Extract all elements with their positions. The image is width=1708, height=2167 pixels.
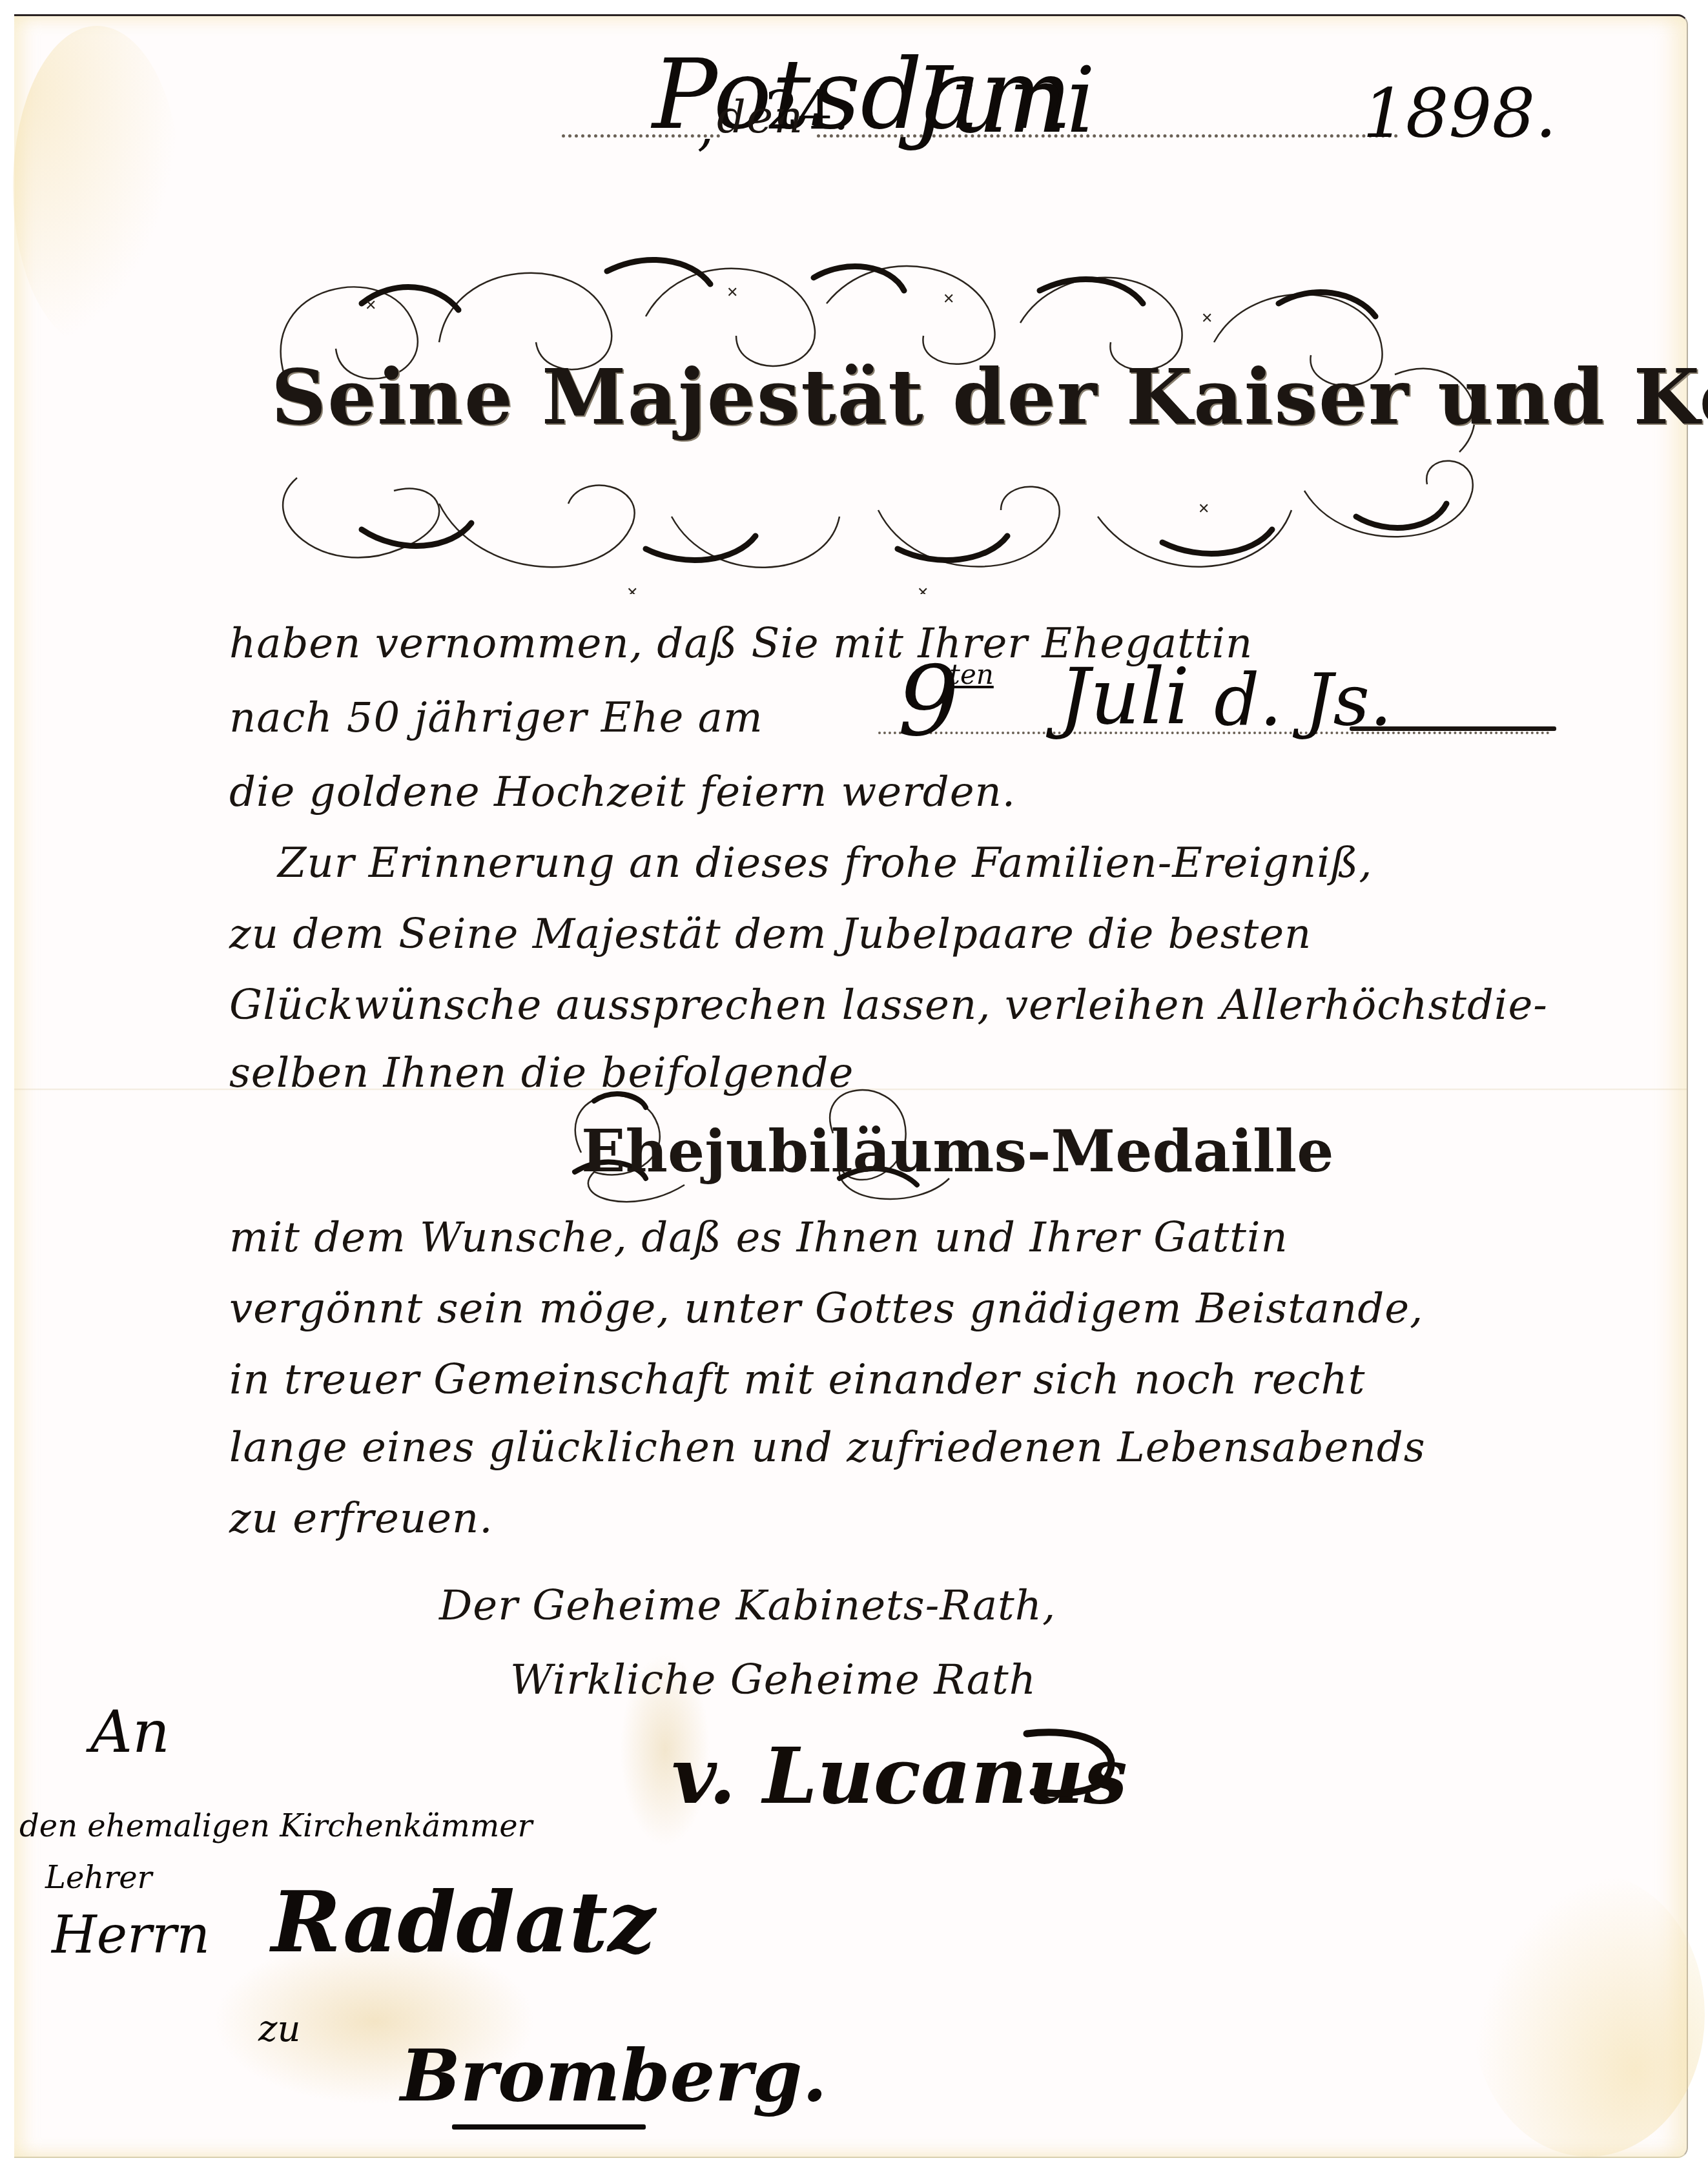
body-line: lange eines glücklichen und zufriedenen … [229,1424,1426,1472]
closing-title-line: Der Geheime Kabinets-Rath, [439,1582,1056,1630]
body-line: nach 50 jähriger Ehe am [229,694,763,742]
medal-heading: Ehejubiläums-Medaille [581,1117,1240,1186]
body-line: Zur Erinnerung an dieses frohe Familien-… [278,839,1373,887]
dateline-separator: , [697,97,714,157]
body-line: zu erfreuen. [229,1495,493,1543]
dateline-month: Juni [914,48,1095,154]
document-title: Seine Majestät der Kaiser und König [271,352,1472,442]
address-line-occupation: den ehemaligen Kirchenkämmer [19,1808,533,1844]
address-prefix: An [90,1698,170,1766]
address-preposition: zu [258,2008,301,2050]
body-line: in treuer Gemeinschaft mit einander sich… [229,1356,1365,1404]
body-line: Glückwünsche aussprechen lassen, verleih… [229,981,1548,1029]
body-line: selben Ihnen die beifolgende [229,1049,854,1097]
dateline-year: 1898. [1363,74,1557,153]
body-line: vergönnt sein möge, unter Gottes gnädige… [229,1285,1423,1333]
anniversary-year-abbrev: d. Js. [1214,659,1392,741]
address-line-title: Lehrer [45,1860,152,1896]
body-line: mit dem Wunsche, daß es Ihnen und Ihrer … [229,1214,1288,1262]
closing-title-line: Wirkliche Geheime Rath [510,1656,1036,1704]
city-underline [452,2124,646,2130]
dateline-day: 24. [765,81,849,142]
recipient-name: Raddatz [271,1873,655,1971]
anniversary-month: Juli [1059,652,1189,742]
signature: v. Lucanus [672,1731,1127,1822]
address-salutation: Herrn [52,1905,210,1965]
recipient-city: Bromberg. [400,2034,827,2117]
body-line: zu dem Seine Majestät dem Jubelpaare die… [229,910,1312,958]
anniversary-day-suffix: ten [949,659,994,690]
body-line: die goldene Hochzeit feiern werden. [229,768,1016,816]
